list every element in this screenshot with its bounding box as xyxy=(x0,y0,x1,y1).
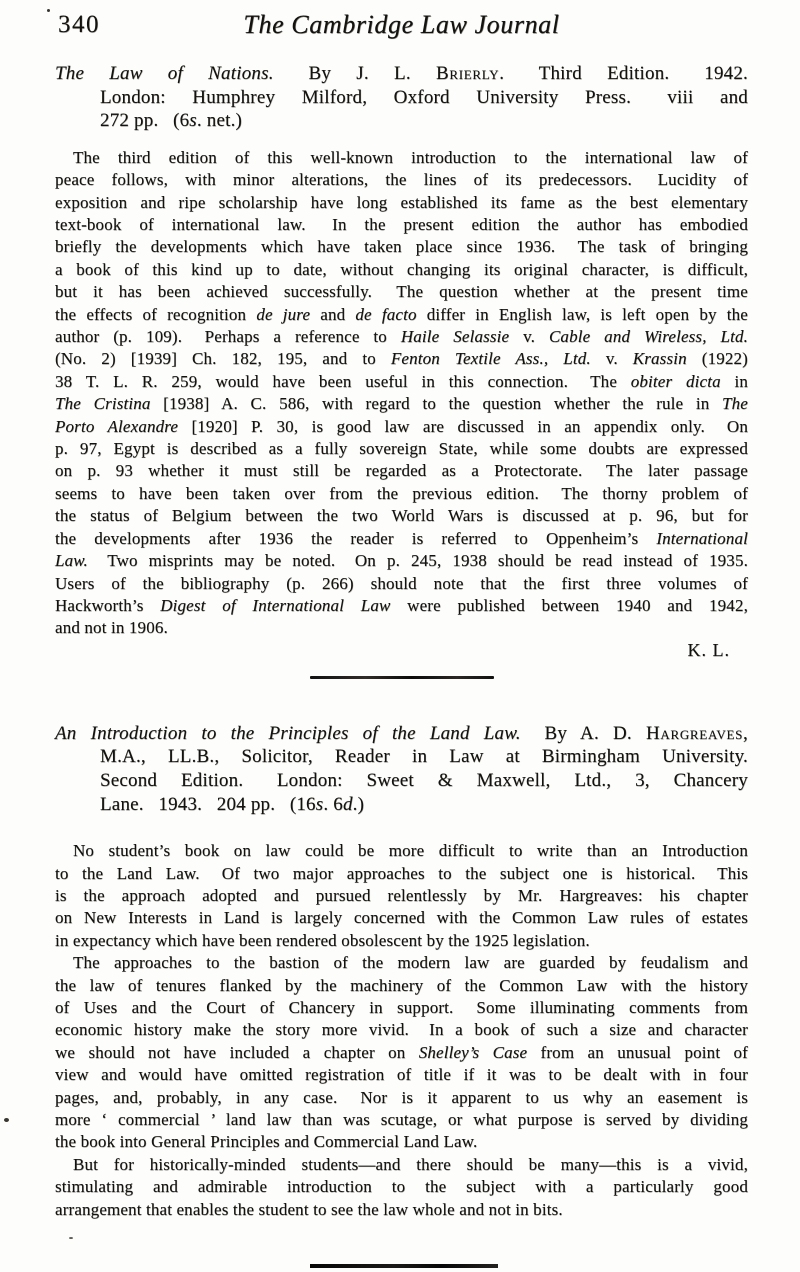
review-citation-heading: An Introduction to the Principles of the… xyxy=(55,722,748,816)
text-line: M.A., LL.B., Solicitor, Reader in Law at… xyxy=(55,745,748,769)
review-paragraph: No student’s book on law could be more d… xyxy=(55,840,748,952)
text-line: London: Humphrey Milford, Oxford Univers… xyxy=(55,86,748,110)
text-line: of Uses and the Court of Chancery in sup… xyxy=(55,997,748,1019)
text-line: and not in 1906. xyxy=(55,617,748,639)
text-line: the effects of recognition de jure and d… xyxy=(55,304,748,326)
journal-page: 340 The Cambridge Law Journal The Law of… xyxy=(0,0,800,1272)
text-line: 38 T. L. R. 259, would have been useful … xyxy=(55,371,748,393)
text-line: The approaches to the bastion of the mod… xyxy=(55,952,748,974)
text-line: Lane. 1943. 204 pp. (16s. 6d.) xyxy=(55,793,748,817)
text-line: Porto Alexandre [1920] P. 30, is good la… xyxy=(55,416,748,438)
text-line: An Introduction to the Principles of the… xyxy=(55,722,748,746)
text-line: on New Interests in Land is largely conc… xyxy=(55,907,748,929)
text-line: But for historically-minded students—and… xyxy=(55,1154,748,1176)
text-line: seems to have been taken over from the p… xyxy=(55,483,748,505)
text-line: economic history make the story more viv… xyxy=(55,1019,748,1041)
text-line: Law. Two misprints may be noted. On p. 2… xyxy=(55,550,748,572)
text-line: peace follows, with minor alterations, t… xyxy=(55,169,748,191)
text-line: pages, and, probably, in any case. Nor i… xyxy=(55,1087,748,1109)
ink-speck xyxy=(4,1118,9,1122)
review-law-of-nations: The Law of Nations. By J. L. Brierly. Th… xyxy=(55,62,748,660)
text-line: the law of tenures flanked by the machin… xyxy=(55,975,748,997)
text-line: more ‘ commercial ’ land law than was sc… xyxy=(55,1109,748,1131)
text-line: p. 97, Egypt is described as a fully sov… xyxy=(55,438,748,460)
review-paragraph: The approaches to the bastion of the mod… xyxy=(55,952,748,1154)
text-line: The third edition of this well-known int… xyxy=(55,147,748,169)
ink-speck xyxy=(69,1237,73,1239)
text-line: briefly the developments which have take… xyxy=(55,236,748,258)
review-land-law: An Introduction to the Principles of the… xyxy=(55,722,748,1221)
reviewer-signature: K. L. xyxy=(55,640,748,660)
journal-title: The Cambridge Law Journal xyxy=(243,8,559,42)
separator-rule xyxy=(310,676,494,679)
ink-speck xyxy=(47,9,50,12)
text-line: stimulating and admirable introduction t… xyxy=(55,1176,748,1198)
text-line: arrangement that enables the student to … xyxy=(55,1199,748,1221)
text-line: Hackworth’s Digest of International Law … xyxy=(55,595,748,617)
review-paragraph: But for historically-minded students—and… xyxy=(55,1154,748,1221)
text-line: exposition and ripe scholarship have lon… xyxy=(55,192,748,214)
review-citation-heading: The Law of Nations. By J. L. Brierly. Th… xyxy=(55,62,748,133)
text-line: Second Edition. London: Sweet & Maxwell,… xyxy=(55,769,748,793)
text-line: the status of Belgium between the two Wo… xyxy=(55,505,748,527)
review-paragraph: The third edition of this well-known int… xyxy=(55,147,748,640)
text-line: No student’s book on law could be more d… xyxy=(55,840,748,862)
running-head: 340 The Cambridge Law Journal xyxy=(55,8,748,42)
text-line: text-book of international law. In the p… xyxy=(55,214,748,236)
text-line: on p. 93 whether it must still be regard… xyxy=(55,460,748,482)
text-line: The Cristina [1938] A. C. 586, with rega… xyxy=(55,393,748,415)
text-line: to the Land Law. Of two major approaches… xyxy=(55,863,748,885)
text-line: we should not have included a chapter on… xyxy=(55,1042,748,1064)
text-line: in expectancy which have been rendered o… xyxy=(55,930,748,952)
text-line: (No. 2) [1939] Ch. 182, 195, and to Fent… xyxy=(55,348,748,370)
text-line: 272 pp. (6s. net.) xyxy=(55,109,748,133)
text-line: view and would have omitted registration… xyxy=(55,1064,748,1086)
text-line: a book of this kind up to date, without … xyxy=(55,259,748,281)
text-line: the developments after 1936 the reader i… xyxy=(55,528,748,550)
text-line: Users of the bibliography (p. 266) shoul… xyxy=(55,573,748,595)
text-line: The Law of Nations. By J. L. Brierly. Th… xyxy=(55,62,748,86)
text-line: but it has been achieved successfully. T… xyxy=(55,281,748,303)
text-line: the book into General Principles and Com… xyxy=(55,1131,748,1153)
next-section-rule-cropped xyxy=(310,1264,498,1268)
text-line: author (p. 109). Perhaps a reference to … xyxy=(55,326,748,348)
page-number: 340 xyxy=(58,11,100,38)
text-line: is the approach adopted and pursued rele… xyxy=(55,885,748,907)
